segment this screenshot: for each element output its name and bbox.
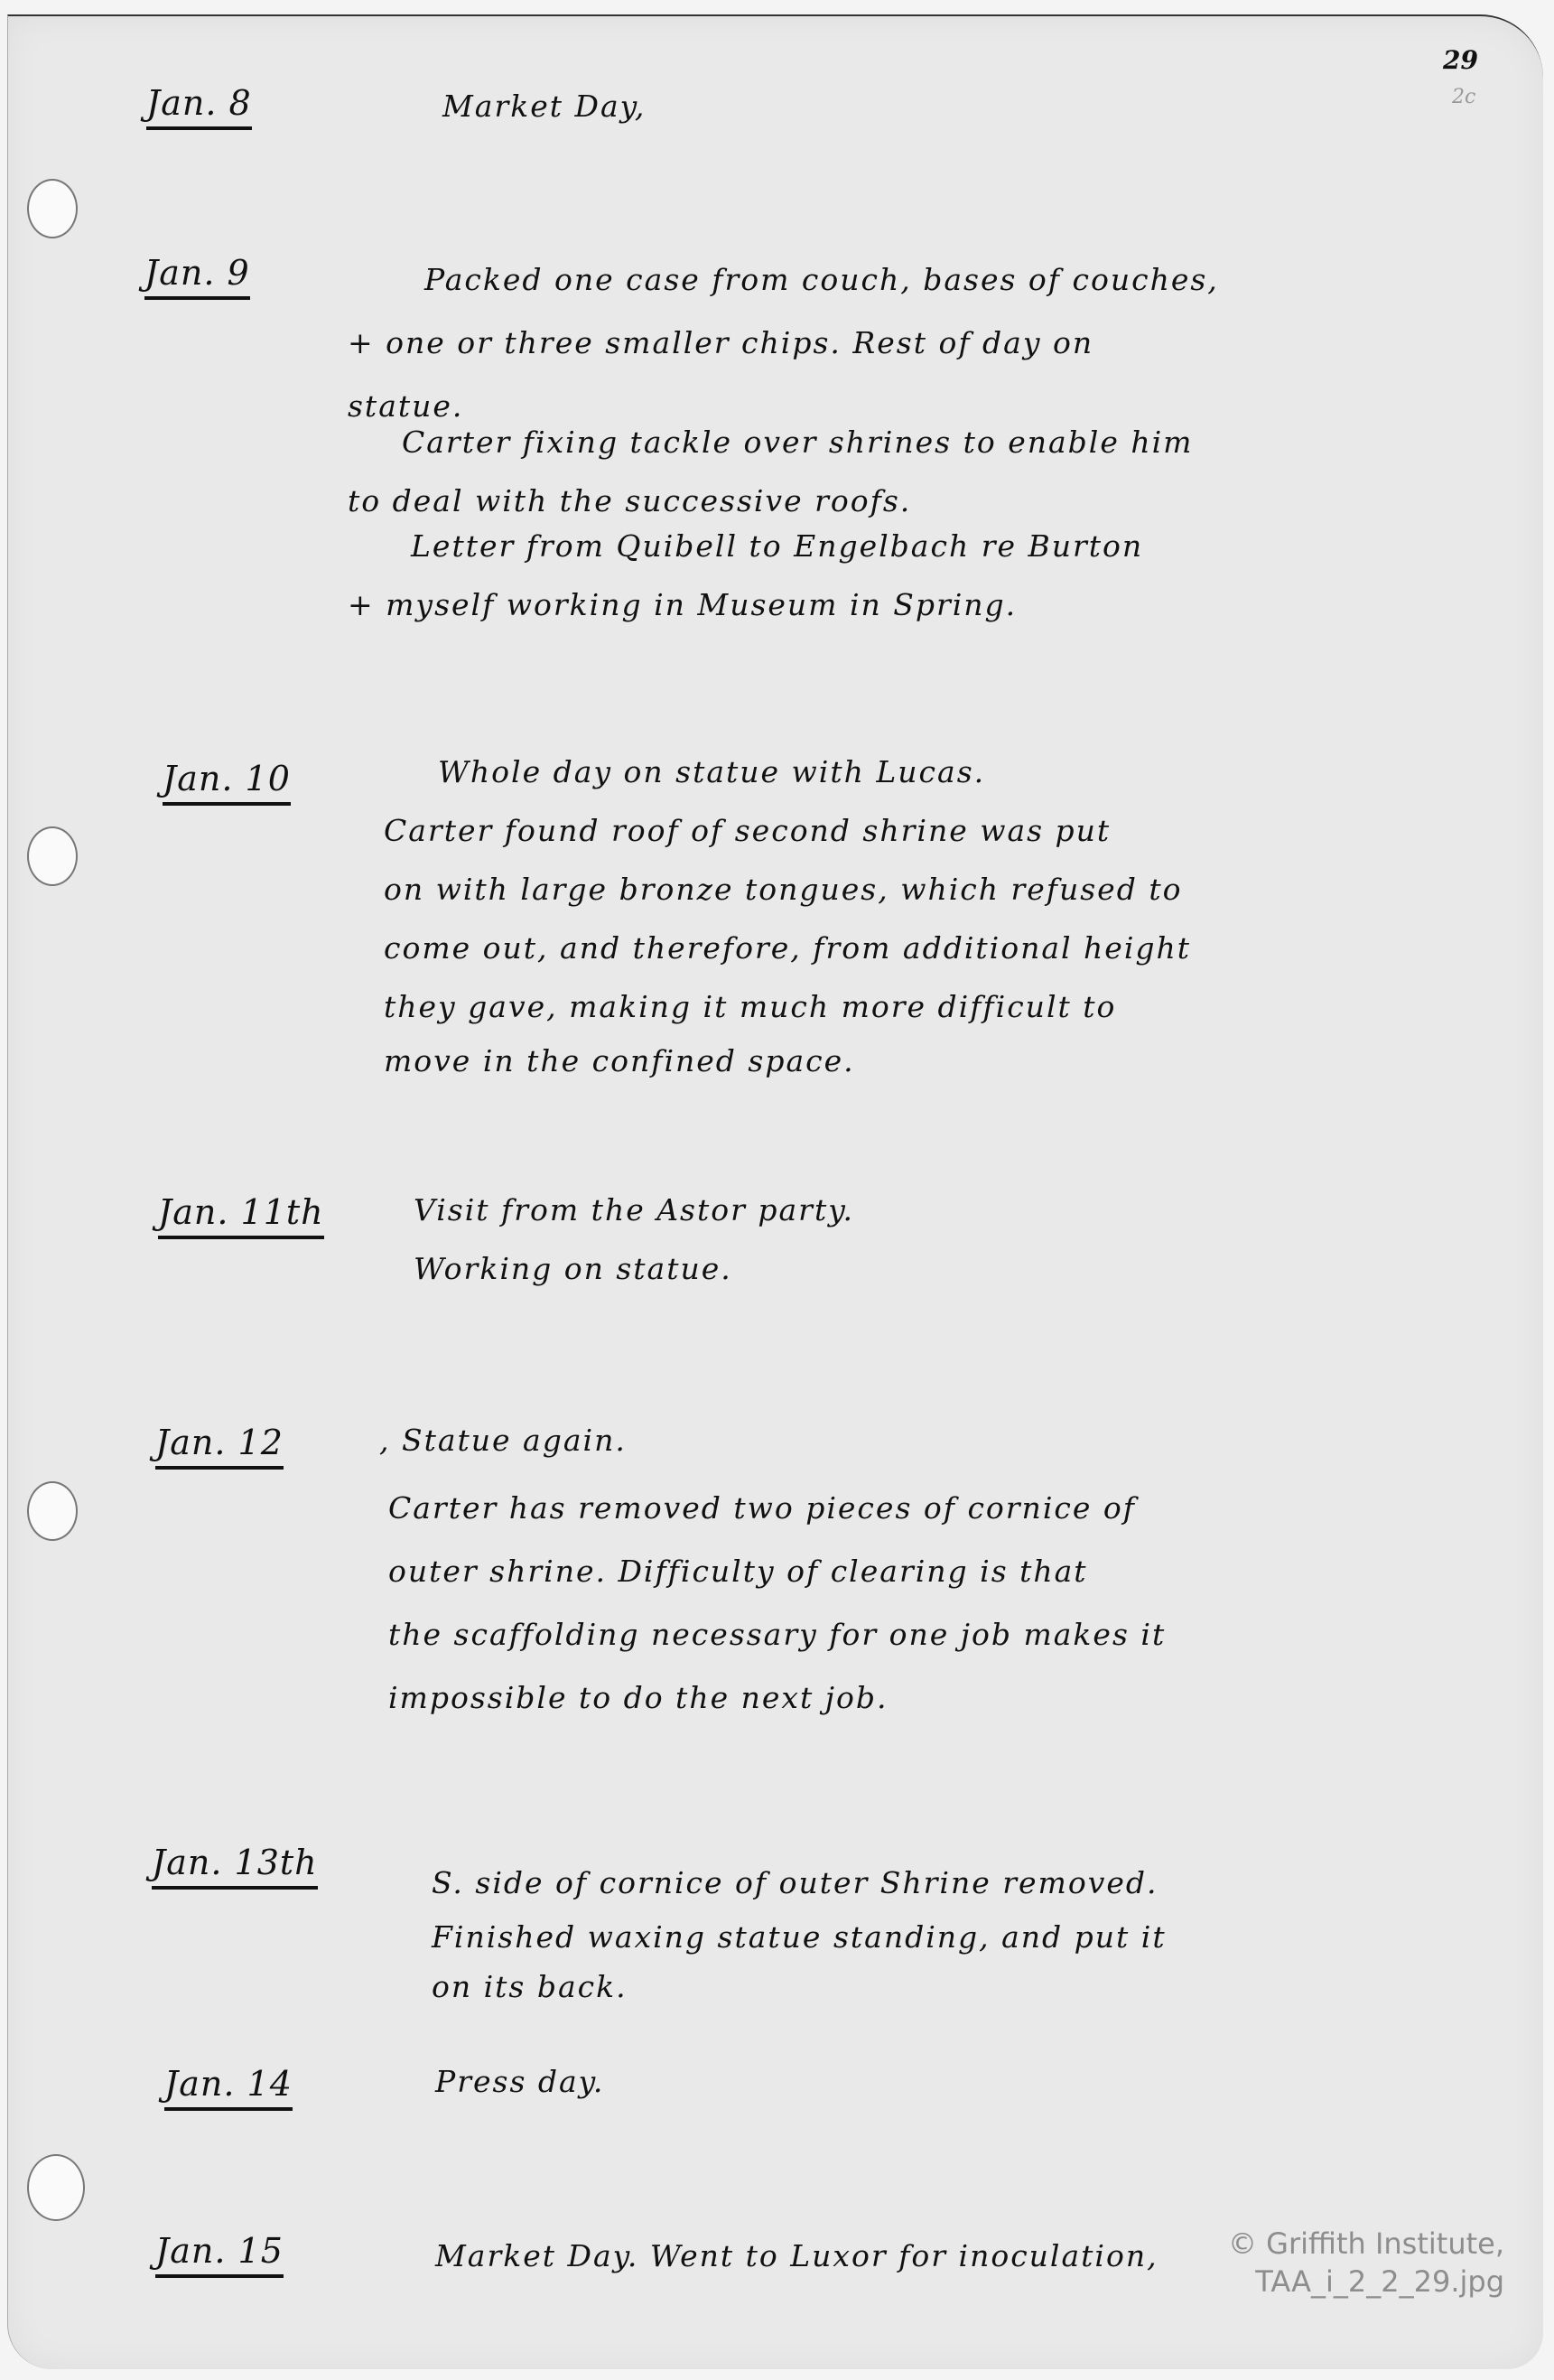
page-number-faint: 2c: [1452, 86, 1475, 108]
entry-date: Jan. 8: [146, 83, 252, 130]
entry-line: Carter found roof of second shrine was p…: [384, 813, 1111, 848]
entry-line: Finished waxing statue standing, and put…: [432, 1919, 1167, 1955]
punch-hole: [27, 179, 78, 238]
entry-line: Working on statue.: [414, 1251, 732, 1286]
entry-line: Carter fixing tackle over shrines to ena…: [402, 425, 1193, 460]
entry-date: Jan. 10: [163, 759, 291, 806]
entry-date: Jan. 11th: [158, 1192, 324, 1239]
entry-line: Packed one case from couch, bases of cou…: [424, 262, 1219, 297]
entry-line: S. side of cornice of outer Shrine remov…: [432, 1865, 1159, 1900]
entry-line: + one or three smaller chips. Rest of da…: [348, 325, 1093, 360]
entry-line: , Statue again.: [379, 1423, 627, 1458]
entry-line: the scaffolding necessary for one job ma…: [388, 1617, 1166, 1652]
entry-date: Jan. 14: [164, 2064, 293, 2111]
entry-line: Visit from the Astor party.: [414, 1192, 854, 1227]
entry-date: Jan. 12: [155, 1423, 284, 1470]
entry-line: statue.: [348, 388, 463, 424]
entry-line: on its back.: [432, 1969, 628, 2004]
punch-hole-torn: [27, 2154, 85, 2221]
entry-line: impossible to do the next job.: [388, 1680, 888, 1715]
entry-line: Market Day. Went to Luxor for inoculatio…: [435, 2238, 1159, 2273]
entry-line: on with large bronze tongues, which refu…: [384, 872, 1182, 907]
entry-line: Market Day,: [442, 89, 646, 124]
entry-line: + myself working in Museum in Spring.: [348, 587, 1017, 622]
entry-line: Whole day on statue with Lucas.: [438, 754, 985, 789]
entry-line: come out, and therefore, from additional…: [384, 930, 1191, 966]
entry-line: Carter has removed two pieces of cornice…: [388, 1490, 1136, 1526]
punch-hole: [27, 1481, 78, 1541]
watermark-line: © Griffith Institute,: [1228, 2225, 1504, 2263]
entry-date: Jan. 13th: [152, 1843, 318, 1890]
entry-line: move in the confined space.: [384, 1043, 855, 1078]
entry-line: they gave, making it much more difficult…: [384, 989, 1116, 1024]
entry-date: Jan. 15: [155, 2231, 284, 2278]
page-number: 29: [1443, 45, 1478, 75]
entry-line: Press day.: [435, 2064, 604, 2099]
entry-date: Jan. 9: [144, 253, 250, 300]
entry-line: outer shrine. Difficulty of clearing is …: [388, 1554, 1088, 1589]
entry-line: Letter from Quibell to Engelbach re Burt…: [411, 528, 1143, 564]
entry-line: to deal with the successive roofs.: [348, 483, 911, 518]
watermark-filename: TAA_i_2_2_29.jpg: [1228, 2263, 1504, 2301]
copyright-watermark: © Griffith Institute, TAA_i_2_2_29.jpg: [1228, 2225, 1504, 2301]
punch-hole: [27, 826, 78, 886]
